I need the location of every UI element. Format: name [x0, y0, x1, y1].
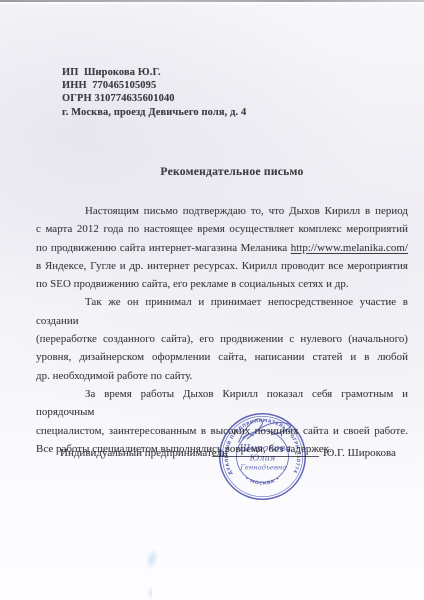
signature-role-label: Индивидуальный предприниматель	[60, 447, 227, 459]
sender-name: ИП Широкова Ю.Г.	[62, 66, 246, 79]
ink-smudge	[143, 547, 161, 572]
stamp-bottom-text: • МОСКВА •	[244, 476, 282, 486]
body-line: уровня, дизайнерском оформлении сайта, н…	[36, 348, 408, 366]
sender-details-block: ИП Широкова Ю.Г. ИНН 770465105095 ОГРН 3…	[62, 66, 246, 119]
body-line: с марта 2012 года по настоящее время осу…	[36, 220, 408, 238]
sender-address: г. Москва, проезд Девичьего поля, д. 4	[62, 106, 246, 119]
document-title: Рекомендательное письмо	[92, 165, 372, 178]
stamp-center-patronymic: Геннадьевна	[239, 464, 286, 472]
sender-ogrn: ОГРН 310774635601040	[62, 92, 246, 105]
body-line: др. необходимой работе по сайту.	[36, 367, 408, 385]
body-line: Настоящим письмо подтверждаю то, что Дых…	[36, 202, 408, 220]
ink-smudge-small	[148, 586, 153, 600]
body-line: в Яндексе, Гугле и др. интернет ресурсах…	[36, 257, 408, 275]
sender-inn: ИНН 770465105095	[62, 79, 246, 92]
body-line: по SEO продвижению сайта, его рекламе в …	[36, 275, 408, 293]
printed-url: http://www.melanika.com/	[291, 242, 408, 254]
signature-name-label: Ю.Г. Широкова	[323, 447, 396, 459]
body-line: по продвижению сайта интернет-магазина М…	[36, 239, 408, 257]
body-line: (переработке созданного сайта), его прод…	[36, 330, 408, 348]
scan-edge-highlight	[0, 2, 424, 4]
body-line: Так же он принимал и принимает непосредс…	[36, 293, 408, 330]
body-line-text: по продвижению сайта интернет-магазина М…	[36, 242, 291, 254]
stamp-center-firstname: Юлия	[249, 453, 276, 463]
scanned-letter-page: ИП Широкова Ю.Г. ИНН 770465105095 ОГРН 3…	[0, 0, 424, 600]
round-stamp: • ИНДИВИДУАЛЬНЫЙ ПРЕДПРИНИМАТЕЛЬ • ОГРН …	[217, 411, 308, 502]
stamp-graphic: • ИНДИВИДУАЛЬНЫЙ ПРЕДПРИНИМАТЕЛЬ • ОГРН …	[217, 411, 308, 502]
